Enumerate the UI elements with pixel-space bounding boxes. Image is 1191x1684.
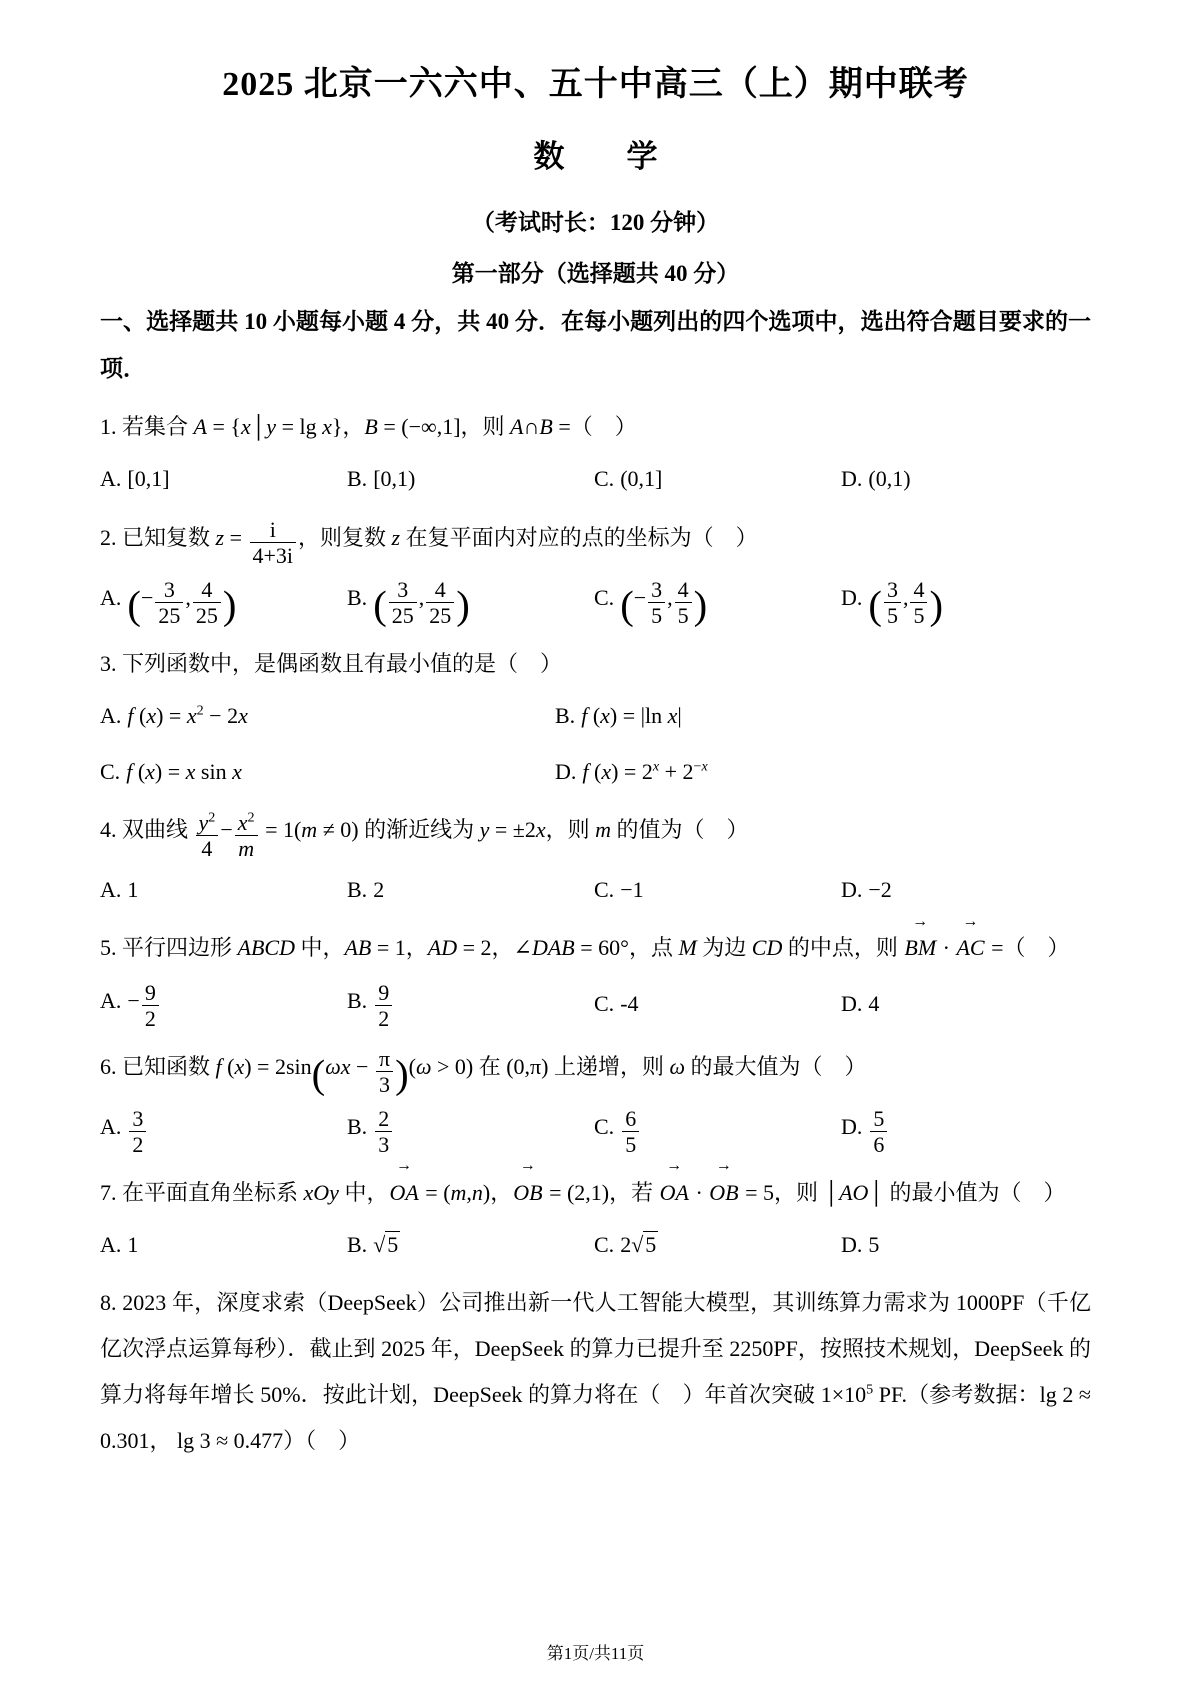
option-label: B. bbox=[555, 703, 575, 728]
question-3-stem: 3. 下列函数中，是偶函数且有最小值的是（ ） bbox=[100, 641, 1091, 687]
option-value: 32 bbox=[127, 1114, 148, 1139]
part-one-heading: 第一部分（选择题共 40 分） bbox=[100, 255, 1091, 288]
option-value: f (x) = 2x + 2−x bbox=[582, 759, 707, 784]
option-value: 4 bbox=[868, 991, 879, 1016]
question-2-option-a: A.(−325,425) bbox=[100, 575, 347, 629]
option-label: B. bbox=[347, 466, 367, 491]
question-4: 4. 双曲线 y24−x2m = 1(m ≠ 0) 的渐近线为 y = ±2x，… bbox=[100, 807, 1091, 913]
question-4-option-b: B.2 bbox=[347, 867, 594, 913]
question-3-option-c: C.f (x) = x sin x bbox=[100, 749, 555, 795]
question-5: 5. 平行四边形 ABCD 中，AB = 1，AD = 2，∠DAB = 60°… bbox=[100, 925, 1091, 1031]
option-label: C. bbox=[594, 991, 614, 1016]
question-7-stem: 7. 在平面直角坐标系 xOy 中，OA = (m,n)，OB = (2,1)，… bbox=[100, 1170, 1091, 1216]
option-value: 65 bbox=[620, 1114, 641, 1139]
option-value: (325,425) bbox=[373, 585, 470, 610]
question-2-option-b: B.(325,425) bbox=[347, 575, 594, 629]
option-value: 1 bbox=[127, 877, 138, 902]
question-7-option-c: C.2√5 bbox=[594, 1222, 841, 1268]
option-value: −92 bbox=[127, 988, 160, 1013]
option-value: (−325,425) bbox=[127, 585, 236, 610]
question-2-stem: 2. 已知复数 z = i4+3i，则复数 z 在复平面内对应的点的坐标为（ ） bbox=[100, 515, 1091, 569]
option-label: A. bbox=[100, 585, 121, 610]
question-6-option-b: B.23 bbox=[347, 1104, 594, 1158]
question-3: 3. 下列函数中，是偶函数且有最小值的是（ ） A.f (x) = x2 − 2… bbox=[100, 641, 1091, 796]
option-label: C. bbox=[100, 759, 120, 784]
question-8-stem: 8. 2023 年，深度求索（DeepSeek）公司推出新一代人工智能大模型，其… bbox=[100, 1280, 1091, 1465]
question-3-option-a: A.f (x) = x2 − 2x bbox=[100, 693, 555, 739]
question-6-options: A.32 B.23 C.65 D.56 bbox=[100, 1104, 1091, 1158]
question-2-option-d: D.(35,45) bbox=[841, 575, 1091, 629]
question-6-option-d: D.56 bbox=[841, 1104, 1091, 1158]
option-label: C. bbox=[594, 585, 614, 610]
section-one-intro: 一、选择题共 10 小题每小题 4 分，共 40 分．在每小题列出的四个选项中，… bbox=[100, 298, 1091, 392]
question-7: 7. 在平面直角坐标系 xOy 中，OA = (m,n)，OB = (2,1)，… bbox=[100, 1170, 1091, 1268]
page-content: 2025 北京一六六中、五十中高三（上）期中联考 数 学 （考试时长：120 分… bbox=[0, 0, 1191, 1465]
option-label: A. bbox=[100, 877, 121, 902]
question-7-option-d: D.5 bbox=[841, 1222, 1091, 1268]
exam-page: { "page": { "title": "2025 北京一六六中、五十中高三（… bbox=[0, 0, 1191, 1684]
option-value: (35,45) bbox=[868, 585, 943, 610]
option-label: D. bbox=[841, 991, 862, 1016]
option-value: 2 bbox=[373, 877, 384, 902]
question-6-stem: 6. 已知函数 f (x) = 2sin(ωx − π3)(ω > 0) 在 (… bbox=[100, 1044, 1091, 1098]
question-4-options: A.1 B.2 C.−1 D.−2 bbox=[100, 867, 1091, 913]
question-4-option-d: D.−2 bbox=[841, 867, 1091, 913]
option-label: C. bbox=[594, 1114, 614, 1139]
option-label: C. bbox=[594, 877, 614, 902]
option-value: −2 bbox=[868, 877, 891, 902]
question-6-option-c: C.65 bbox=[594, 1104, 841, 1158]
option-label: D. bbox=[841, 1232, 862, 1257]
option-label: D. bbox=[841, 877, 862, 902]
question-4-stem: 4. 双曲线 y24−x2m = 1(m ≠ 0) 的渐近线为 y = ±2x，… bbox=[100, 807, 1091, 861]
question-1-stem: 1. 若集合 A = {x│y = lg x}，B = (−∞,1]，则 A∩B… bbox=[100, 404, 1091, 450]
option-value: (−35,45) bbox=[620, 585, 707, 610]
option-label: D. bbox=[841, 1114, 862, 1139]
option-label: A. bbox=[100, 1114, 121, 1139]
question-1-options: A.[0,1] B.[0,1) C.(0,1] D.(0,1) bbox=[100, 456, 1091, 502]
question-6-option-a: A.32 bbox=[100, 1104, 347, 1158]
question-7-options: A.1 B.√5 C.2√5 D.5 bbox=[100, 1222, 1091, 1268]
question-5-option-b: B.92 bbox=[347, 978, 594, 1032]
question-2: 2. 已知复数 z = i4+3i，则复数 z 在复平面内对应的点的坐标为（ ）… bbox=[100, 515, 1091, 629]
option-value: [0,1] bbox=[127, 466, 169, 491]
exam-duration-note: （考试时长：120 分钟） bbox=[100, 204, 1091, 237]
option-value: 56 bbox=[868, 1114, 889, 1139]
question-6: 6. 已知函数 f (x) = 2sin(ωx − π3)(ω > 0) 在 (… bbox=[100, 1044, 1091, 1158]
question-5-stem: 5. 平行四边形 ABCD 中，AB = 1，AD = 2，∠DAB = 60°… bbox=[100, 925, 1091, 971]
option-label: B. bbox=[347, 1114, 367, 1139]
option-value: 92 bbox=[373, 988, 394, 1013]
page-number: 第1页/共11页 bbox=[0, 1639, 1191, 1664]
question-1: 1. 若集合 A = {x│y = lg x}，B = (−∞,1]，则 A∩B… bbox=[100, 404, 1091, 502]
option-label: A. bbox=[100, 703, 121, 728]
question-1-option-d: D.(0,1) bbox=[841, 456, 1091, 502]
option-label: A. bbox=[100, 988, 121, 1013]
option-label: D. bbox=[841, 466, 862, 491]
option-value: -4 bbox=[620, 991, 638, 1016]
question-4-option-a: A.1 bbox=[100, 867, 347, 913]
question-1-option-c: C.(0,1] bbox=[594, 456, 841, 502]
exam-title: 2025 北京一六六中、五十中高三（上）期中联考 bbox=[100, 56, 1091, 105]
question-2-options: A.(−325,425) B.(325,425) C.(−35,45) D.(3… bbox=[100, 575, 1091, 629]
option-label: B. bbox=[347, 585, 367, 610]
option-value: f (x) = |ln x| bbox=[581, 703, 682, 728]
option-value: (0,1] bbox=[620, 466, 662, 491]
option-label: C. bbox=[594, 1232, 614, 1257]
option-value: 23 bbox=[373, 1114, 394, 1139]
option-label: C. bbox=[594, 466, 614, 491]
question-1-option-b: B.[0,1) bbox=[347, 456, 594, 502]
question-5-options: A.−92 B.92 C.-4 D.4 bbox=[100, 978, 1091, 1032]
option-label: D. bbox=[841, 585, 862, 610]
question-1-option-a: A.[0,1] bbox=[100, 456, 347, 502]
option-label: A. bbox=[100, 466, 121, 491]
question-3-option-b: B.f (x) = |ln x| bbox=[555, 693, 1091, 739]
option-value: −1 bbox=[620, 877, 643, 902]
option-value: (0,1) bbox=[868, 466, 910, 491]
question-3-option-d: D.f (x) = 2x + 2−x bbox=[555, 749, 1091, 795]
option-value: √5 bbox=[373, 1231, 400, 1257]
question-5-option-c: C.-4 bbox=[594, 981, 841, 1027]
question-7-option-b: B.√5 bbox=[347, 1222, 594, 1268]
question-7-option-a: A.1 bbox=[100, 1222, 347, 1268]
question-5-option-d: D.4 bbox=[841, 981, 1091, 1027]
option-value: f (x) = x2 − 2x bbox=[127, 703, 247, 728]
option-label: B. bbox=[347, 877, 367, 902]
question-2-option-c: C.(−35,45) bbox=[594, 575, 841, 629]
option-value: 5 bbox=[868, 1232, 879, 1257]
option-label: B. bbox=[347, 988, 367, 1013]
option-value: 1 bbox=[127, 1232, 138, 1257]
question-5-option-a: A.−92 bbox=[100, 978, 347, 1032]
option-label: D. bbox=[555, 759, 576, 784]
option-value: f (x) = x sin x bbox=[126, 759, 242, 784]
option-value: [0,1) bbox=[373, 466, 415, 491]
question-8: 8. 2023 年，深度求索（DeepSeek）公司推出新一代人工智能大模型，其… bbox=[100, 1280, 1091, 1465]
question-3-options: A.f (x) = x2 − 2x B.f (x) = |ln x| C.f (… bbox=[100, 693, 1091, 795]
question-4-option-c: C.−1 bbox=[594, 867, 841, 913]
exam-subject: 数 学 bbox=[100, 131, 1091, 176]
option-label: A. bbox=[100, 1232, 121, 1257]
option-label: B. bbox=[347, 1232, 367, 1257]
option-value: 2√5 bbox=[620, 1231, 658, 1257]
